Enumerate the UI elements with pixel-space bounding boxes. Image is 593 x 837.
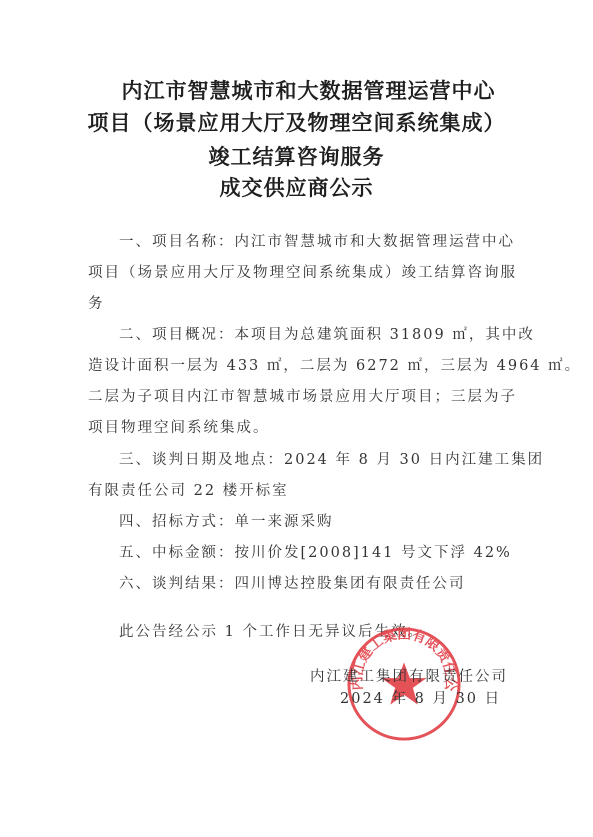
item1-line1: 一、项目名称：内江市智慧城市和大数据管理运营中心 — [119, 230, 515, 251]
item5: 五、中标金额：按川价发[2008]141 号文下浮 42% — [119, 541, 512, 562]
signature-company: 内江建工集团有限责任公司 — [310, 665, 508, 686]
title-line-3: 竣工结算咨询服务 — [0, 141, 593, 171]
signature-date: 2024 年 8 月 30 日 — [340, 687, 501, 708]
item3-line1: 三、谈判日期及地点：2024 年 8 月 30 日内江建工集团 — [119, 448, 544, 469]
title-line-4: 成交供应商公示 — [0, 172, 593, 202]
item1-line3: 务 — [88, 292, 105, 313]
item2-line1: 二、项目概况：本项目为总建筑面积 31809 ㎡，其中改 — [119, 323, 535, 344]
item6: 六、谈判结果：四川博达控股集团有限责任公司 — [119, 572, 466, 593]
item2-line4: 项目物理空间系统集成。 — [88, 416, 270, 437]
title-line-1: 内江市智慧城市和大数据管理运营中心 — [12, 75, 593, 105]
title-line-2: 项目（场景应用大厅及物理空间系统集成） — [0, 107, 593, 137]
item2-line3: 二层为子项目内江市智慧城市场景应用大厅项目；三层为子 — [88, 385, 517, 406]
item3-line2: 有限责任公司 22 楼开标室 — [88, 479, 289, 500]
item4: 四、招标方式：单一来源采购 — [119, 510, 334, 531]
item2-line2: 造设计面积一层为 433 ㎡，二层为 6272 ㎡，三层为 4964 ㎡。 — [88, 354, 581, 375]
item1-line2: 项目（场景应用大厅及物理空间系统集成）竣工结算咨询服 — [88, 261, 517, 282]
